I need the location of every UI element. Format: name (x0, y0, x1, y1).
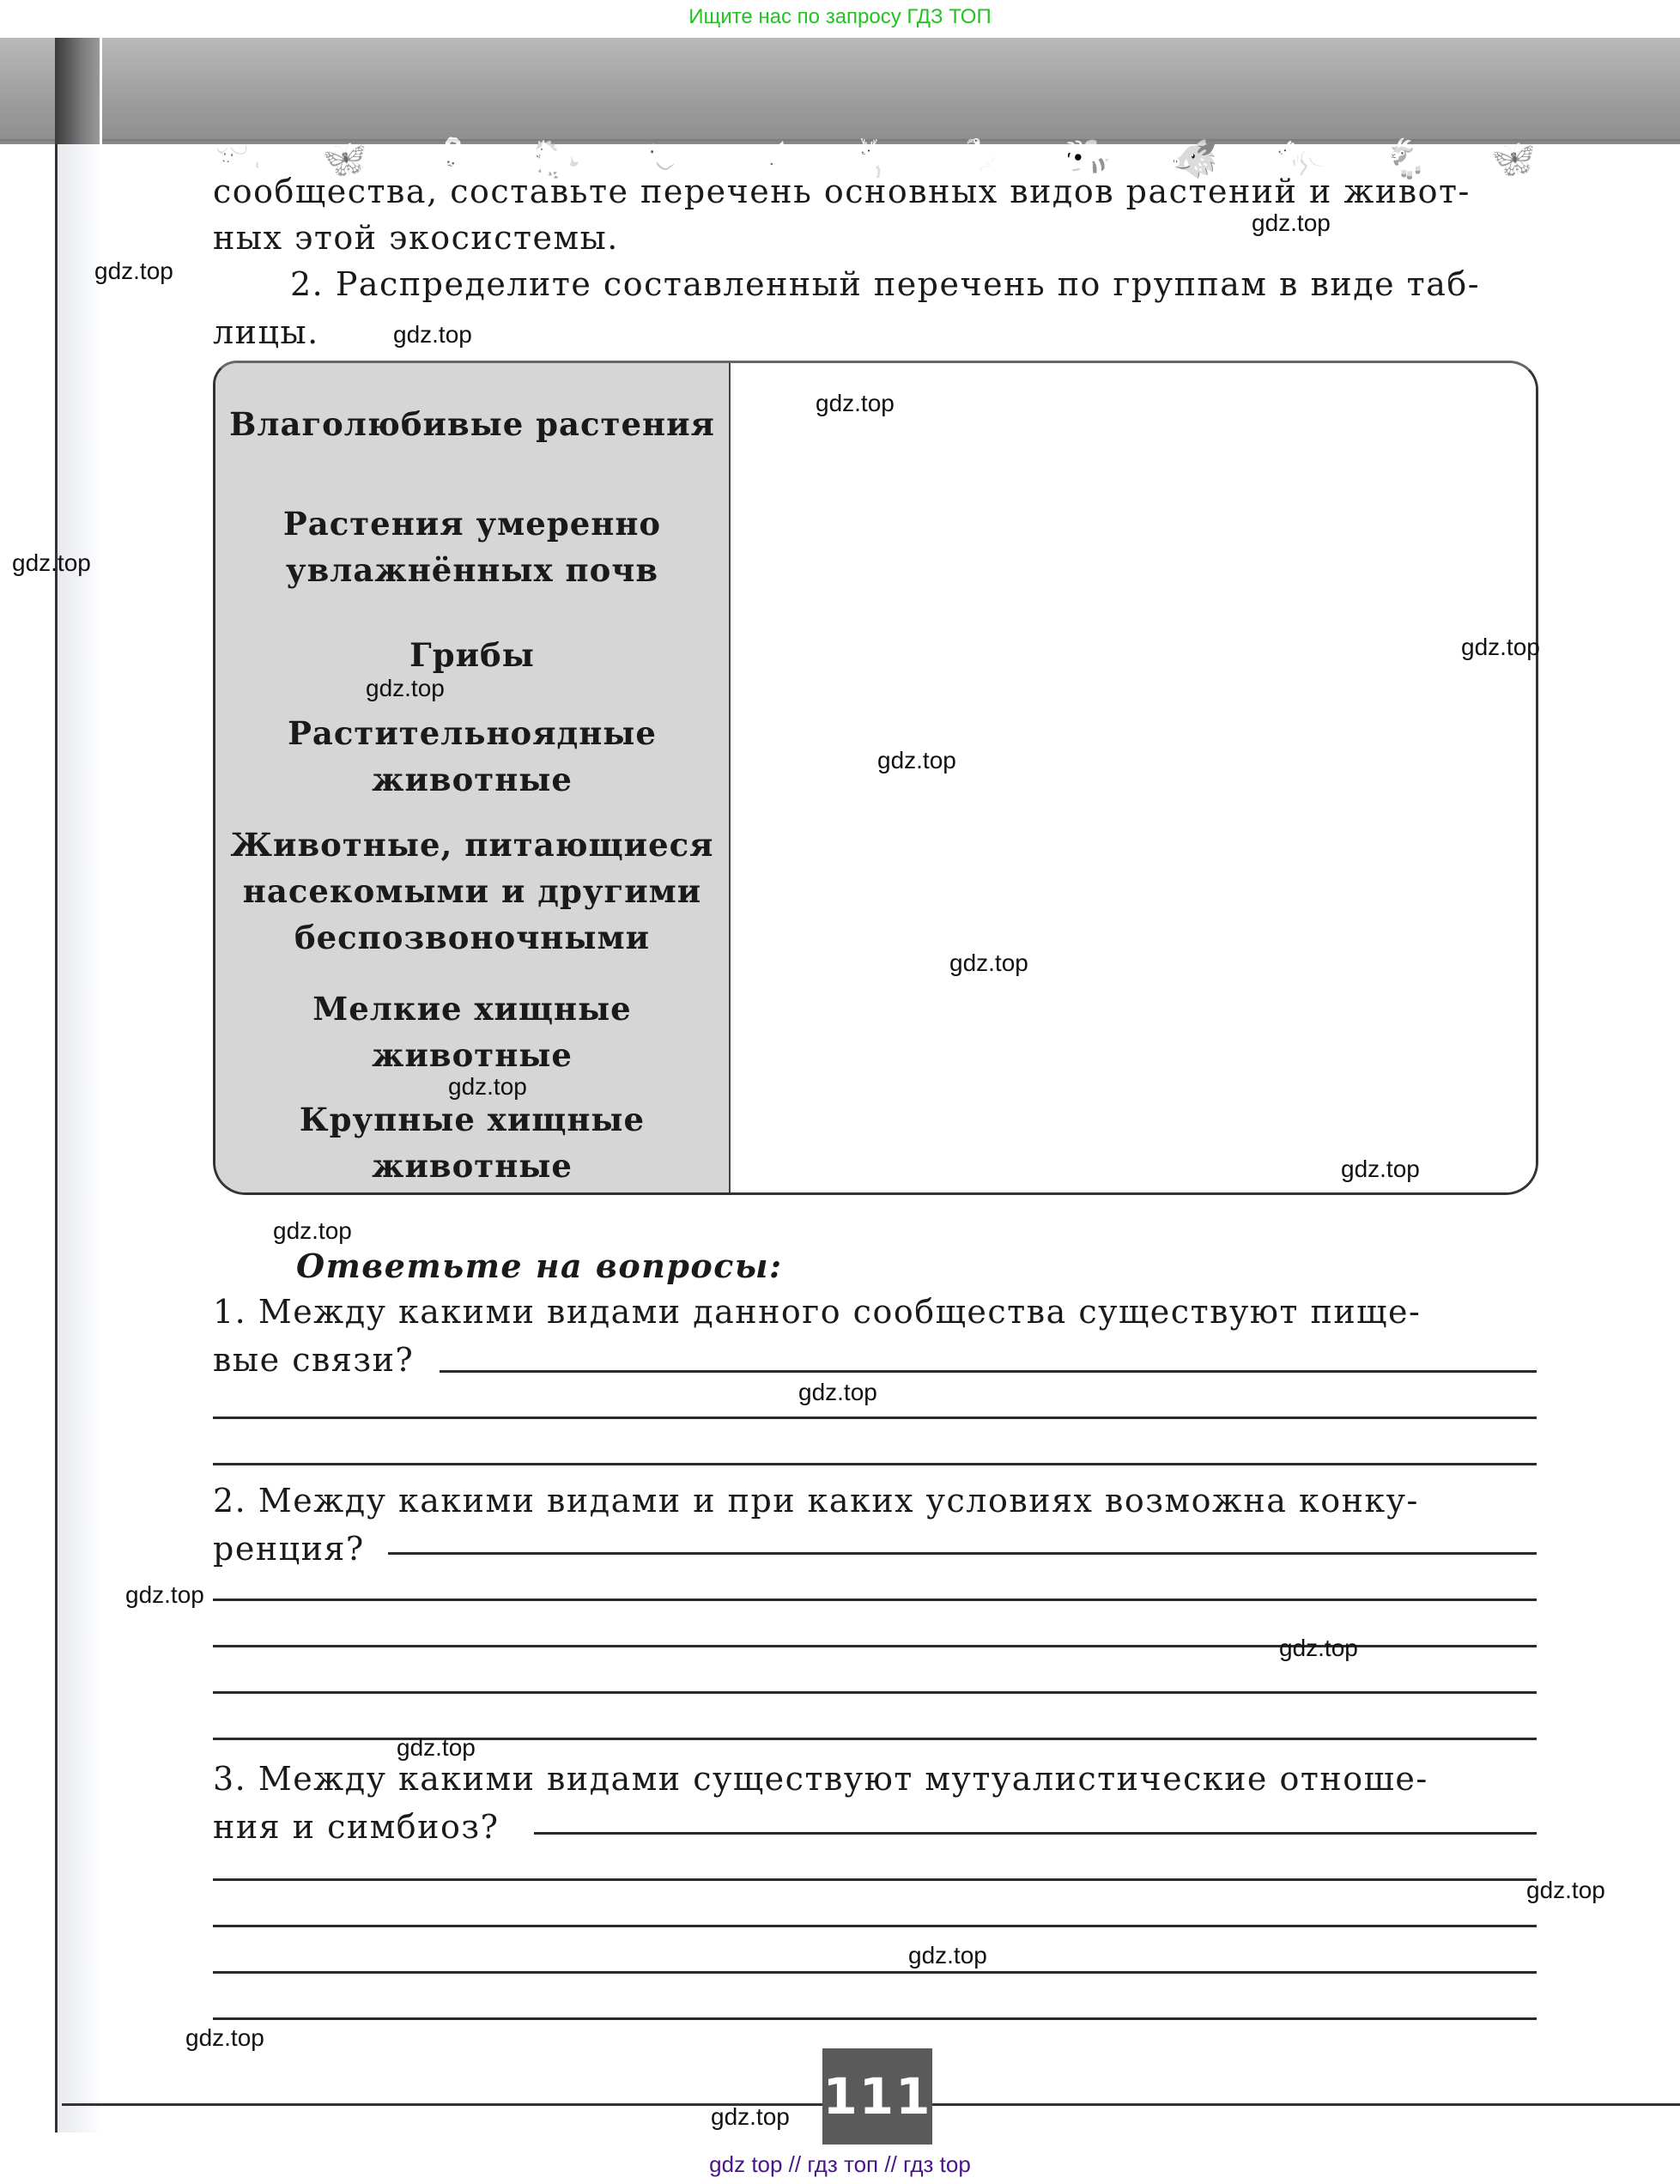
watermark: gdz.top (711, 2103, 790, 2131)
answer-cell[interactable] (731, 485, 1536, 609)
watermark: gdz.top (1341, 1156, 1420, 1183)
watermark: gdz.top (185, 2024, 264, 2052)
book-spine-top (55, 38, 100, 144)
answer-cell[interactable] (731, 609, 1536, 701)
book-spine (55, 38, 102, 2132)
page-number: 111 (822, 2048, 932, 2145)
category-cell: Крупные хищные животные (215, 1093, 731, 1192)
task-2-line-1: 2. Распределите составленный перечень по… (213, 261, 1535, 307)
watermark: gdz.top (448, 1073, 527, 1101)
answer-line[interactable] (213, 1925, 1537, 1927)
question-1-line-1: 1. Между какими видами данного сообществ… (213, 1288, 1535, 1336)
question-3-line-2: ния и симбиоз? (213, 1803, 1535, 1851)
question-2-line-2: ренция? (213, 1525, 1535, 1573)
answer-line[interactable] (213, 1971, 1537, 1974)
answer-line[interactable] (440, 1370, 1537, 1373)
table-row: Мелкие хищные животные (215, 971, 1536, 1095)
watermark: gdz.top (273, 1217, 352, 1245)
watermark: gdz.top (908, 1942, 987, 1969)
watermark: gdz.top (877, 747, 956, 774)
answer-line[interactable] (534, 1832, 1537, 1835)
category-cell: Влаголюбивые растения (215, 363, 731, 485)
category-cell: Грибы (215, 609, 731, 701)
question-3-line-1: 3. Между какими видами существуют мутуал… (213, 1755, 1535, 1803)
answer-cell[interactable] (731, 971, 1536, 1093)
answer-cell[interactable] (731, 811, 1536, 971)
table-row: Растительноядные животные (215, 701, 1536, 813)
answer-line[interactable] (388, 1552, 1537, 1555)
answer-line[interactable] (213, 1463, 1537, 1465)
watermark: gdz.top (393, 321, 472, 349)
table-row: Растения умеренно увлажнённых почв (215, 485, 1536, 610)
watermark: gdz.top (1279, 1635, 1358, 1662)
header-decoration-strip: 🐃🦋🦂🐎🐦🐋🦌🦩🐝🐗🦘🐐🦋 (0, 38, 1680, 144)
answer-cell[interactable] (731, 363, 1536, 485)
answer-cell[interactable] (731, 701, 1536, 811)
intro-line-2: ных этой экосистемы. (213, 215, 1535, 261)
question-1-line-2: вые связи? (213, 1336, 1535, 1384)
table-row: Влаголюбивые растения (215, 363, 1536, 487)
bottom-banner[interactable]: gdz top // гдз топ // гдз top (0, 2145, 1680, 2184)
answer-line[interactable] (213, 2017, 1537, 2020)
watermark: gdz.top (1252, 209, 1331, 237)
answer-line[interactable] (213, 1691, 1537, 1694)
search-banner[interactable]: Ищите нас по запросу ГДЗ ТОП (0, 0, 1680, 34)
table-row: Животные, питающиеся насекомыми и другим… (215, 811, 1536, 973)
watermark: gdz.top (397, 1734, 476, 1762)
intro-line-1: сообщества, составьте перечень основных … (213, 168, 1535, 215)
watermark: gdz.top (94, 258, 173, 285)
category-cell: Растения умеренно увлажнённых почв (215, 485, 731, 609)
watermark: gdz.top (949, 949, 1028, 977)
questions-heading: Ответьте на вопросы: (296, 1247, 783, 1285)
species-groups-table: Влаголюбивые растения Растения умеренно … (213, 361, 1538, 1195)
category-cell: Растительноядные животные (215, 701, 731, 811)
watermark: gdz.top (12, 549, 91, 577)
answer-line[interactable] (213, 1599, 1537, 1601)
watermark: gdz.top (1526, 1877, 1605, 1904)
watermark: gdz.top (125, 1581, 204, 1609)
category-cell: Животные, питающиеся насекомыми и другим… (215, 811, 731, 971)
watermark: gdz.top (798, 1379, 877, 1406)
answer-line[interactable] (213, 1878, 1537, 1881)
watermark: gdz.top (816, 390, 895, 417)
answer-line[interactable] (213, 1417, 1537, 1419)
watermark: gdz.top (1461, 634, 1540, 661)
table-row: Крупные хищные животные (215, 1093, 1536, 1192)
watermark: gdz.top (366, 675, 445, 702)
question-2-line-1: 2. Между какими видами и при каких услов… (213, 1477, 1535, 1525)
